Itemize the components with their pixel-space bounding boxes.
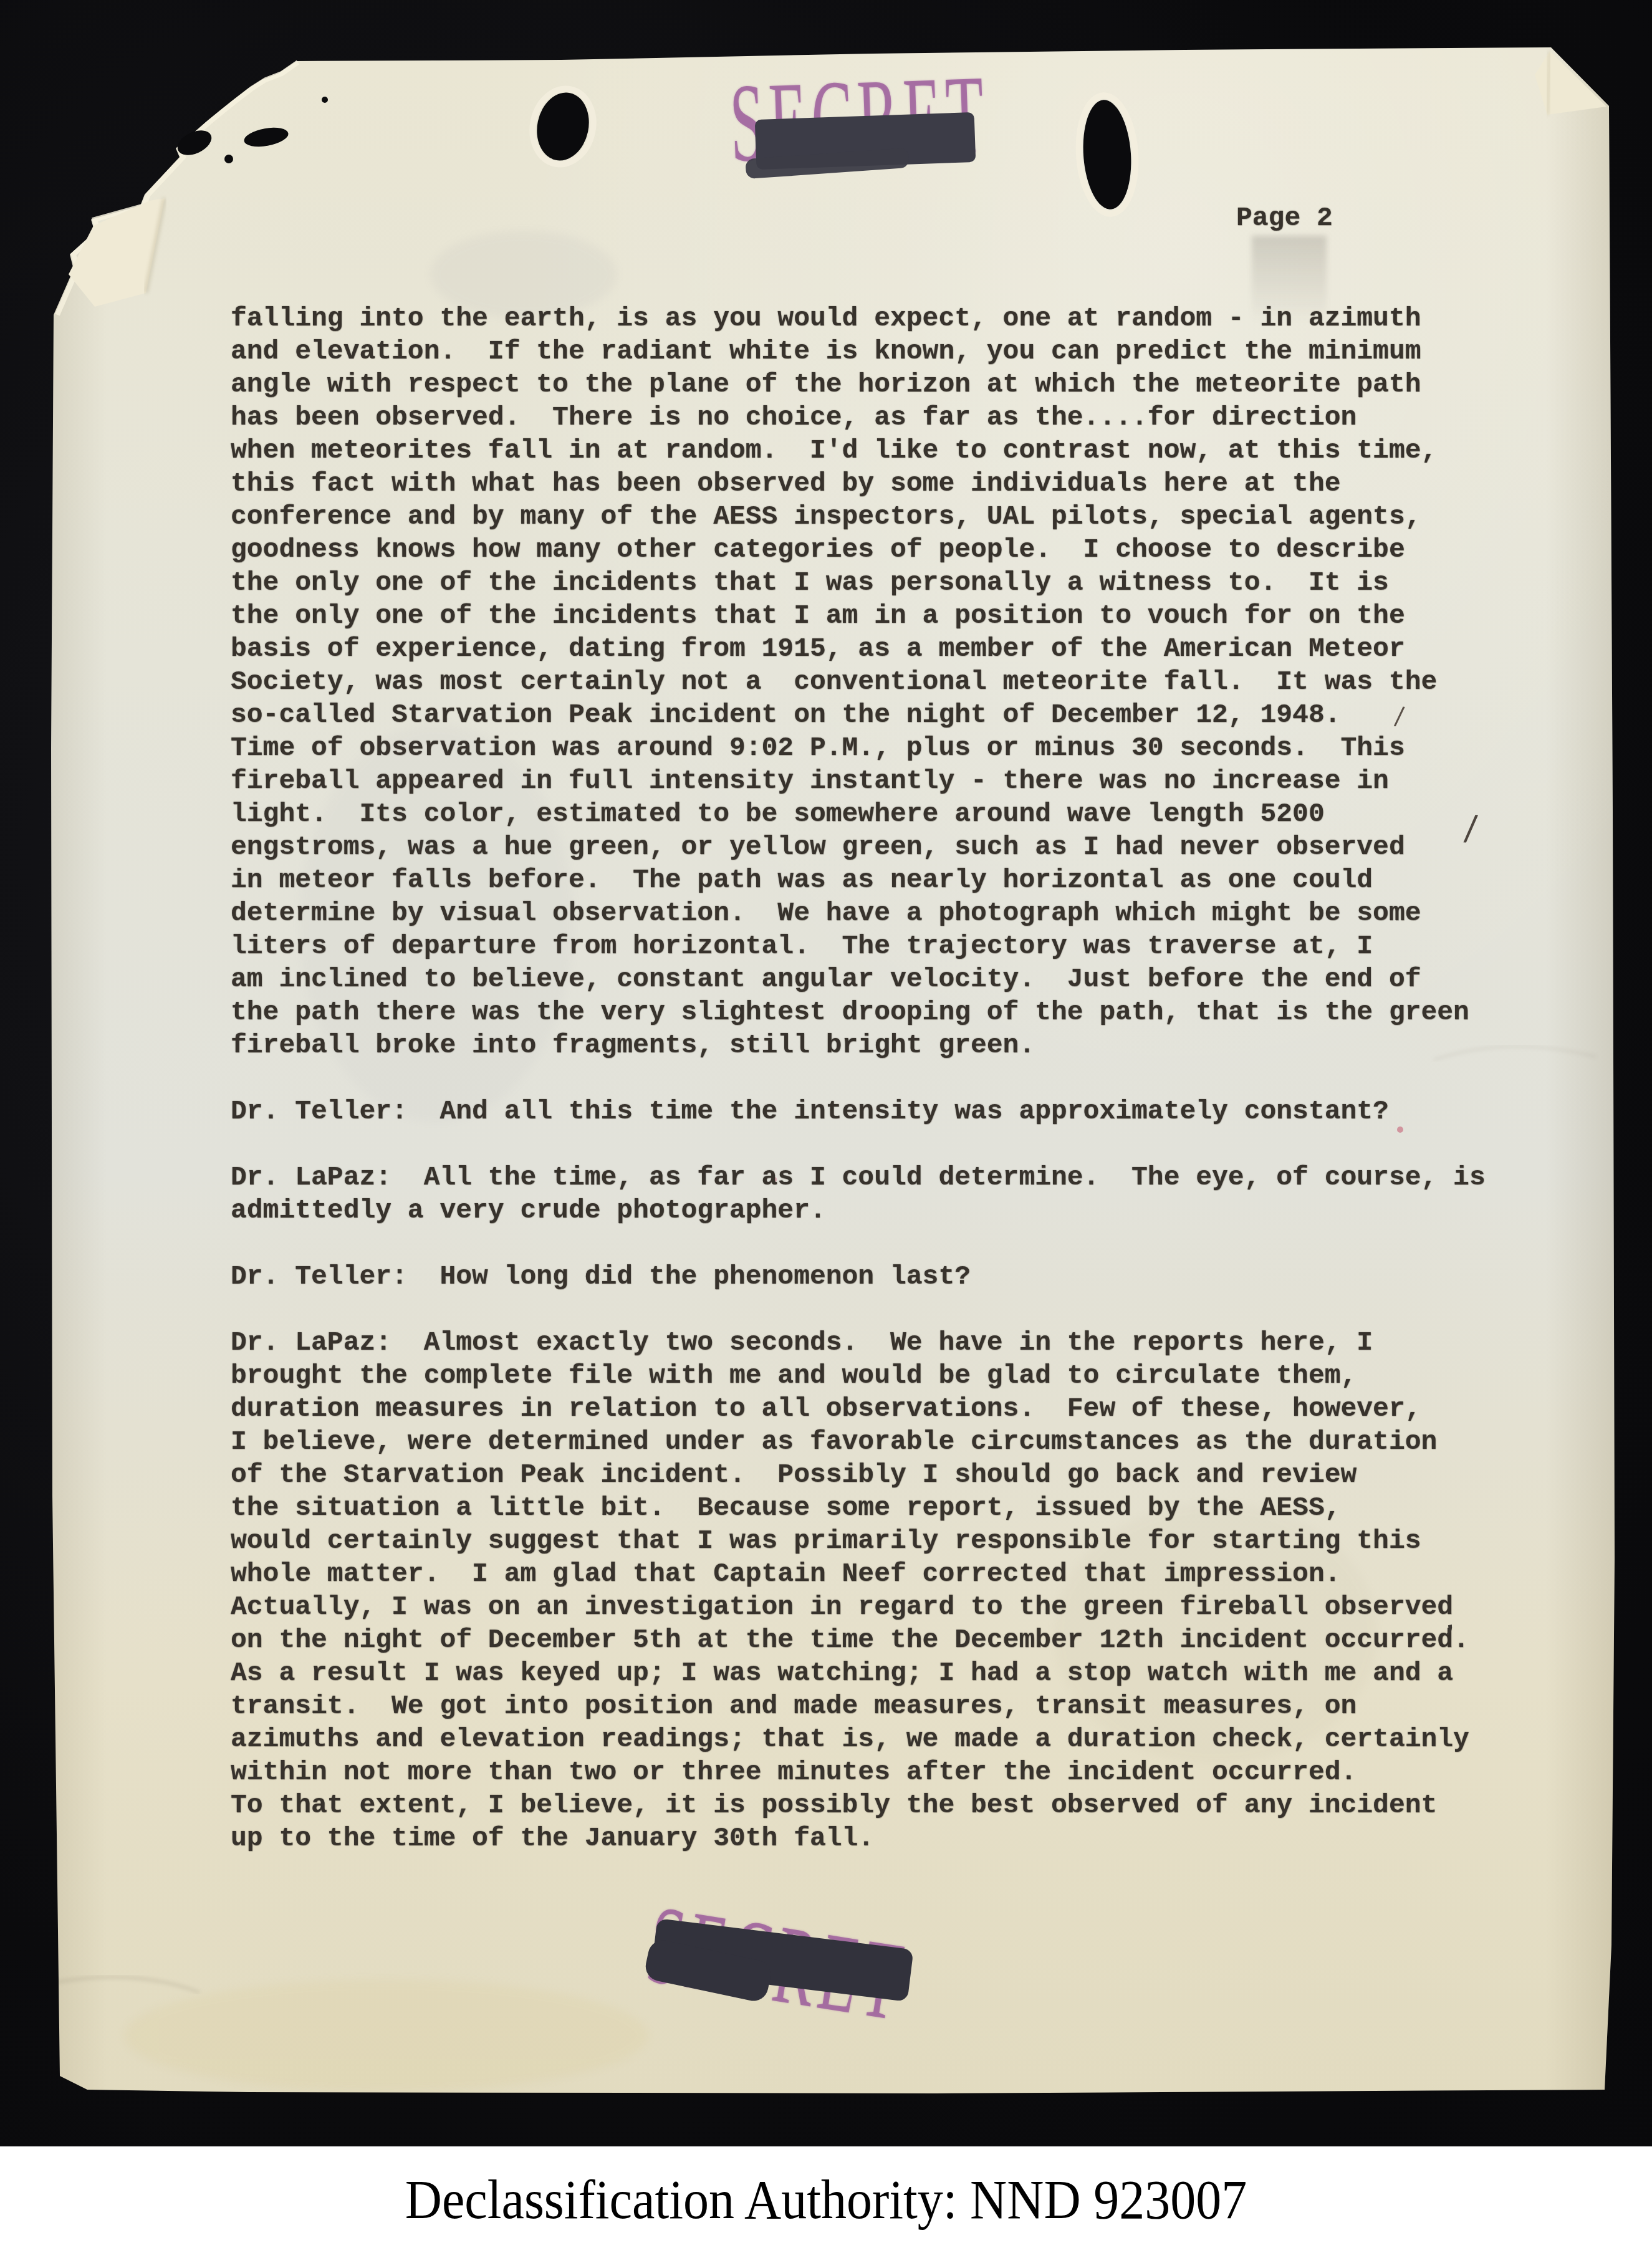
photo-background: SECRET Page 2 falling into the earth, is… [0, 0, 1652, 2253]
paragraph-lapaz-answer-2: Dr. LaPaz: Almost exactly two seconds. W… [231, 1326, 1486, 1855]
line-teller-question-1: Dr. Teller: And all this time the intens… [231, 1095, 1486, 1128]
page-number: Page 2 [1236, 201, 1333, 234]
declassification-band: Declassification Authority: NND 923007 [0, 2146, 1652, 2253]
tear-hole [224, 155, 233, 163]
declassification-text: Declassification Authority: NND 923007 [405, 2168, 1247, 2232]
line-teller-question-2: Dr. Teller: How long did the phenomenon … [231, 1260, 1486, 1293]
paragraph-lapaz-answer-1: Dr. LaPaz: All the time, as far as I cou… [231, 1161, 1486, 1227]
transcript: falling into the earth, is as you would … [231, 302, 1486, 1888]
paragraph-lapaz-opening: falling into the earth, is as you would … [231, 302, 1486, 1062]
stain-yellow [125, 1979, 648, 2092]
fold-flap-top-right [1535, 51, 1606, 115]
tear-hole [322, 97, 328, 103]
